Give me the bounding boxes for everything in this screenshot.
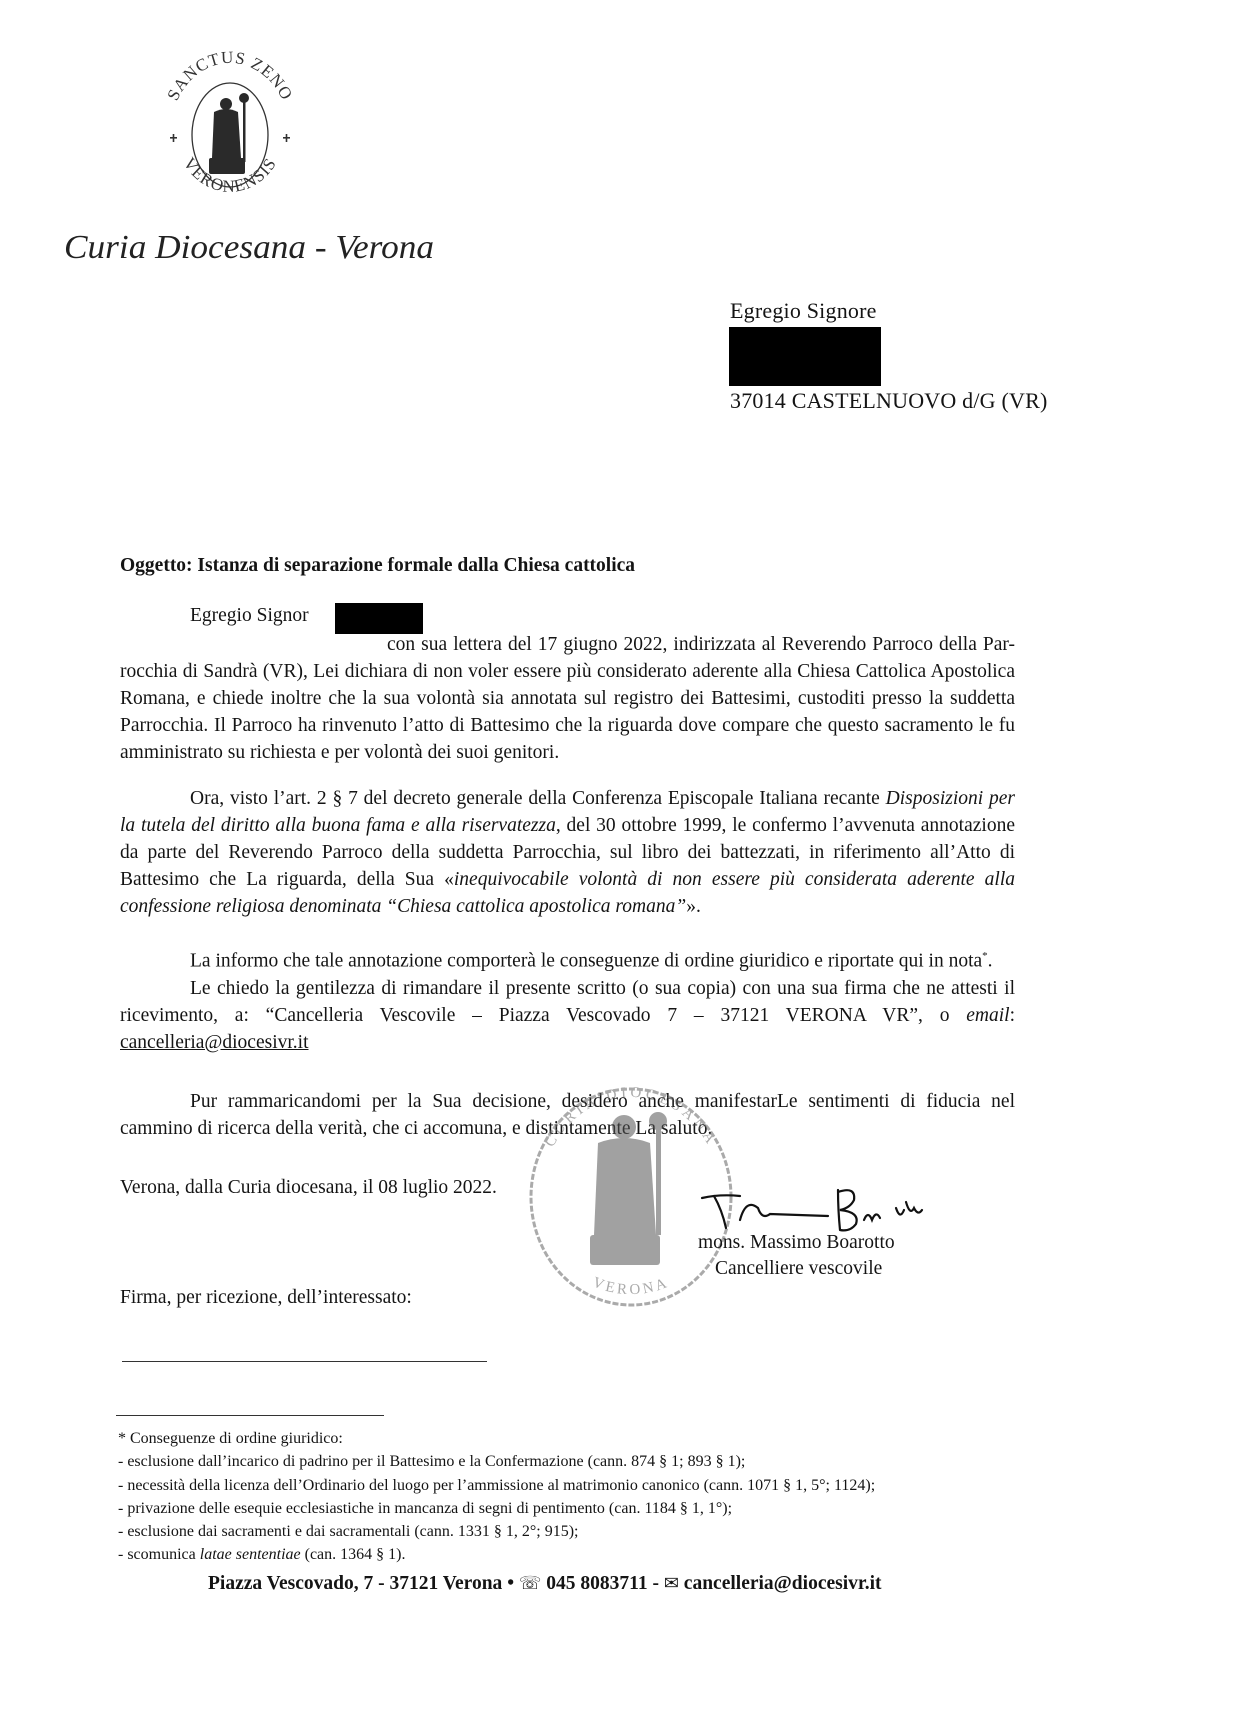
svg-text:Curia Diocesana - Verona: Curia Diocesana - Verona <box>64 229 434 266</box>
paragraph-request: con sua lettera del 17 giugno 2022, indi… <box>120 631 1015 766</box>
date-place-line: Verona, dalla Curia diocesana, il 08 lug… <box>120 1177 497 1199</box>
telephone-icon: ☏ <box>519 1573 542 1593</box>
signer-name: mons. Massimo Boarotto <box>698 1232 895 1254</box>
footer-address: Piazza Vescovado, 7 - 37121 Verona <box>208 1573 502 1594</box>
redacted-recipient-name <box>729 327 881 386</box>
greeting: Egregio Signor <box>190 605 309 627</box>
redacted-name <box>335 603 423 634</box>
footer-email[interactable]: cancelleria@diocesivr.it <box>679 1573 882 1594</box>
footnote-text: - scomunica <box>118 1546 200 1563</box>
paragraph-consequences: La informo che tale annotazione comporte… <box>120 943 1015 1056</box>
diocese-seal-logo: SANCTUS ZENO VERONENSIS <box>140 40 320 220</box>
recipient-salutation: Egregio Signore <box>730 298 877 324</box>
footnote-item: - esclusione dai sacramenti e dai sacram… <box>118 1520 875 1543</box>
paragraph-text: Ora, visto l’art. 2 § 7 del decreto gene… <box>190 788 886 809</box>
email-icon: ✉ <box>664 1573 679 1593</box>
paragraph-text: ». <box>686 896 701 917</box>
footnote-text: (can. 1364 § 1). <box>301 1546 406 1563</box>
svg-text:SANCTUS ZENO: SANCTUS ZENO <box>163 48 296 104</box>
recipient-address: 37014 CASTELNUOVO d/G (VR) <box>730 388 1047 414</box>
email-link[interactable]: cancelleria@diocesivr.it <box>120 1032 309 1053</box>
paragraph-text: Le chiedo la gentilezza di rimandare il … <box>120 978 1015 1026</box>
punctuation: : <box>1010 1005 1015 1026</box>
letterhead-footer: Piazza Vescovado, 7 - 37121 Verona • ☏ 0… <box>208 1573 882 1595</box>
email-label: email <box>966 1005 1009 1026</box>
letter-subject: Oggetto: Istanza di separazione formale … <box>120 555 635 577</box>
signer-role: Cancelliere vescovile <box>715 1258 882 1280</box>
paragraph-confirmation: Ora, visto l’art. 2 § 7 del decreto gene… <box>120 785 1015 920</box>
punctuation: . <box>988 951 993 972</box>
footnote-item: - esclusione dall’incarico di padrino pe… <box>118 1450 875 1473</box>
footnotes: * Conseguenze di ordine giuridico: - esc… <box>118 1427 875 1567</box>
latin-term: latae sententiae <box>200 1546 301 1563</box>
paragraph-first-line: con sua lettera del 17 giugno 2022, indi… <box>120 631 1015 658</box>
bullet-separator: • <box>502 1573 519 1594</box>
footnote-divider <box>116 1415 384 1416</box>
paragraph-text: rocchia di Sandrà (VR), Lei dichiara di … <box>120 661 1015 763</box>
receipt-signature-label: Firma, per ricezione, dell’interessato: <box>120 1287 412 1309</box>
paragraph-text: La informo che tale annotazione comporte… <box>190 951 982 972</box>
footnote-item: - scomunica latae sententiae (can. 1364 … <box>118 1543 875 1566</box>
footer-phone: 045 8083711 - <box>541 1573 663 1594</box>
organization-name: Curia Diocesana - Verona <box>60 222 440 272</box>
footnote-item: - privazione delle esequie ecclesiastich… <box>118 1497 875 1520</box>
footnote-item: - necessità della licenza dell’Ordinario… <box>118 1474 875 1497</box>
footnote-title: * Conseguenze di ordine giuridico: <box>118 1427 875 1450</box>
svg-text:VERONA: VERONA <box>590 1275 671 1299</box>
receipt-signature-line[interactable] <box>122 1361 487 1362</box>
handwritten-signature <box>700 1180 960 1240</box>
